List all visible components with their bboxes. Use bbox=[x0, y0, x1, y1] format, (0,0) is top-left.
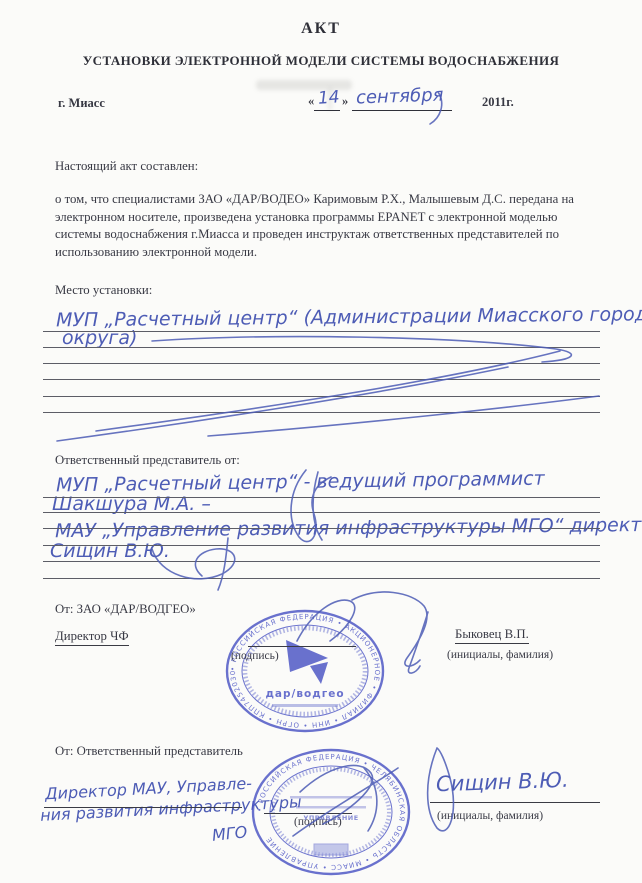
director-chf-label: Директор ЧФ bbox=[55, 629, 129, 646]
initials-caption-1: (инициалы, фамилия) bbox=[447, 649, 553, 661]
from-zao-label: От: ЗАО «ДАР/ВОДГЕО» bbox=[55, 602, 196, 617]
responsible-label: Ответственный представитель от: bbox=[55, 453, 240, 468]
date-day-underline bbox=[314, 110, 340, 111]
position-underline bbox=[44, 807, 242, 808]
signature-caption-1: (подпись) bbox=[231, 650, 279, 662]
bykovets-signature bbox=[408, 612, 428, 673]
resp-handwriting-line3: МГО bbox=[211, 822, 248, 845]
crossout-stroke bbox=[152, 337, 571, 362]
stamp1-center-text: дар/водгео bbox=[224, 688, 386, 700]
scanned-act-document: АКТ УСТАНОВКИ ЭЛЕКТРОННОЙ МОДЕЛИ СИСТЕМЫ… bbox=[0, 0, 642, 883]
ruled-line bbox=[43, 512, 600, 513]
signature-line-2 bbox=[264, 813, 352, 814]
stamp2-text-band bbox=[290, 796, 372, 799]
stamp2-bottom-plate bbox=[314, 844, 348, 855]
name-underline-2 bbox=[430, 802, 600, 803]
date-quote-close: » bbox=[342, 94, 348, 109]
location-handwriting-line1: МУП „Расчетный центр“ (Администрации Миа… bbox=[56, 303, 642, 332]
dar-vodgeo-stamp: • РОССИЙСКАЯ ФЕДЕРАЦИЯ • АКЦИОНЕРНОЕ • Ф… bbox=[224, 608, 386, 734]
intro-line: Настоящий акт составлен: bbox=[55, 159, 198, 174]
body-paragraph: о том, что специалистами ЗАО «ДАР/ВОДЕО»… bbox=[55, 191, 595, 261]
ruled-line bbox=[43, 379, 600, 380]
ruled-line bbox=[43, 545, 600, 546]
stamp2-text-band bbox=[296, 806, 366, 809]
date-quote-open: « bbox=[308, 94, 314, 109]
bykovets-name: Быковец В.П. bbox=[455, 627, 529, 644]
stamp1-subtext-band bbox=[272, 704, 338, 707]
stamp1-logo-triangle-small bbox=[310, 662, 328, 684]
date-day-handwritten: 14 bbox=[317, 87, 340, 108]
ruled-line bbox=[43, 363, 600, 364]
ruled-line bbox=[43, 578, 600, 579]
crossout-stroke bbox=[208, 396, 599, 436]
document-title: АКТ bbox=[0, 20, 642, 38]
responsible-handwriting-line4: Сищин В.Ю. bbox=[50, 540, 170, 562]
signature-caption-2: (подпись) bbox=[294, 816, 342, 828]
location-label: Место установки: bbox=[55, 283, 152, 298]
signature-line-1 bbox=[248, 646, 356, 647]
ruled-line bbox=[43, 347, 600, 348]
date-month-underline bbox=[352, 110, 452, 111]
ruled-line bbox=[43, 561, 600, 562]
ruled-line bbox=[43, 497, 600, 498]
city-label: г. Миасс bbox=[58, 96, 105, 111]
initials-caption-2: (инициалы, фамилия) bbox=[437, 810, 543, 822]
document-subtitle: УСТАНОВКИ ЭЛЕКТРОННОЙ МОДЕЛИ СИСТЕМЫ ВОД… bbox=[0, 53, 642, 69]
ruled-line bbox=[43, 396, 600, 397]
ruled-line bbox=[43, 331, 600, 332]
ruled-line bbox=[43, 412, 600, 413]
sitsin-name-handwritten: Сищин В.Ю. bbox=[436, 768, 569, 797]
from-responsible-label: От: Ответственный представитель bbox=[55, 744, 243, 759]
stamp1-graphic: • РОССИЙСКАЯ ФЕДЕРАЦИЯ • АКЦИОНЕРНОЕ • Ф… bbox=[224, 608, 386, 734]
date-month-handwritten: сентября bbox=[356, 84, 444, 108]
date-year: 2011г. bbox=[482, 95, 514, 110]
ruled-line bbox=[43, 528, 600, 529]
